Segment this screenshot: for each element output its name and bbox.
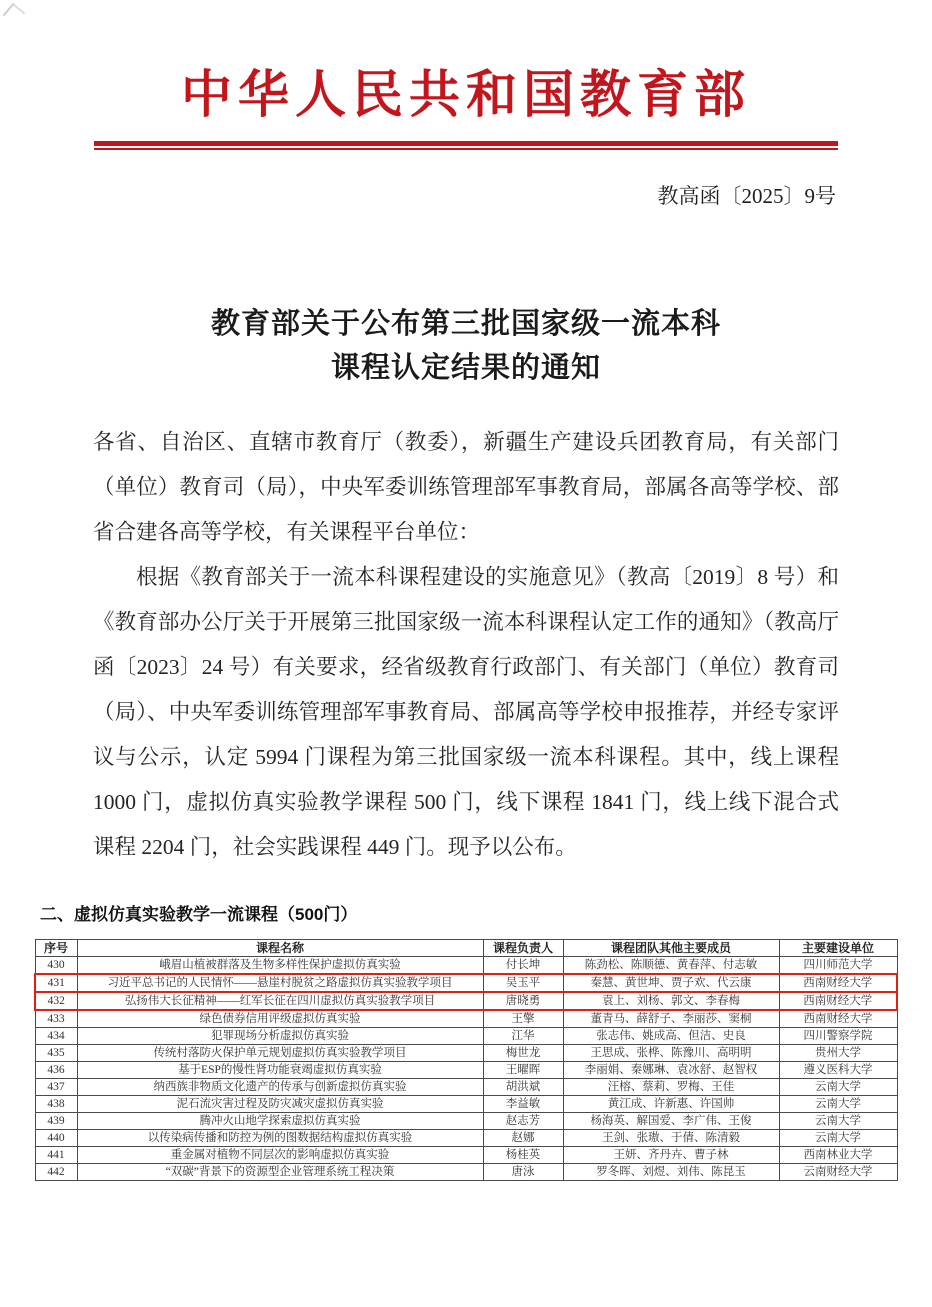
doc-number: 教高函〔2025〕9号 bbox=[0, 180, 932, 210]
table-row-438: 438泥石流灾害过程及防灾减灾虚拟仿真实验李益敏黄江成、许新惠、许国帅云南大学 bbox=[35, 1096, 897, 1113]
header-no: 序号 bbox=[35, 940, 77, 957]
course-leader: 唐晓勇 bbox=[483, 992, 563, 1010]
divider-thin-line bbox=[94, 148, 838, 150]
building-org: 云南大学 bbox=[779, 1113, 897, 1130]
course-name: 泥石流灾害过程及防灾减灾虚拟仿真实验 bbox=[77, 1096, 483, 1113]
header-leader: 课程负责人 bbox=[483, 940, 563, 957]
course-leader: 李益敏 bbox=[483, 1096, 563, 1113]
course-team: 汪榕、蔡莉、罗梅、王佳 bbox=[563, 1079, 779, 1096]
course-name: 传统村落防火保护单元规划虚拟仿真实验教学项目 bbox=[77, 1045, 483, 1062]
row-number: 438 bbox=[35, 1096, 77, 1113]
course-team: 王思成、张桦、陈豫川、高明明 bbox=[563, 1045, 779, 1062]
course-team: 李丽娟、秦娜琳、袁冰舒、赵智权 bbox=[563, 1062, 779, 1079]
course-leader: 付长坤 bbox=[483, 957, 563, 975]
row-number: 433 bbox=[35, 1010, 77, 1028]
course-team: 陈劲松、陈顺德、黄春萍、付志敏 bbox=[563, 957, 779, 975]
section-heading: 二、虚拟仿真实验教学一流课程（500门） bbox=[40, 900, 932, 925]
course-team: 王妍、齐丹卉、曹子林 bbox=[563, 1147, 779, 1164]
table-row-431: 431习近平总书记的人民情怀——悬崖村脱贫之路虚拟仿真实验教学项目吴玉平秦慧、黄… bbox=[35, 974, 897, 992]
course-leader: 江华 bbox=[483, 1028, 563, 1045]
org-title: 中华人民共和国教育部 bbox=[0, 66, 932, 127]
course-name: 峨眉山植被群落及生物多样性保护虚拟仿真实验 bbox=[77, 957, 483, 975]
course-team: 王剑、张璈、于倩、陈清毅 bbox=[563, 1130, 779, 1147]
course-leader: 杨桂英 bbox=[483, 1147, 563, 1164]
building-org: 云南财经大学 bbox=[779, 1164, 897, 1181]
header-org: 主要建设单位 bbox=[779, 940, 897, 957]
course-team: 袁上、刘杨、郭文、李春梅 bbox=[563, 992, 779, 1010]
row-number: 436 bbox=[35, 1062, 77, 1079]
course-name: 纳西族非物质文化遗产的传承与创新虚拟仿真实验 bbox=[77, 1079, 483, 1096]
building-org: 四川警察学院 bbox=[779, 1028, 897, 1045]
table-row-434: 434犯罪现场分析虚拟仿真实验江华张志伟、姚成高、但洁、史良四川警察学院 bbox=[35, 1028, 897, 1045]
row-number: 439 bbox=[35, 1113, 77, 1130]
header-divider bbox=[94, 141, 838, 150]
building-org: 遵义医科大学 bbox=[779, 1062, 897, 1079]
course-team: 秦慧、黄世坤、贾子欢、代云康 bbox=[563, 974, 779, 992]
course-team: 张志伟、姚成高、但洁、史良 bbox=[563, 1028, 779, 1045]
course-table: 序号 课程名称 课程负责人 课程团队其他主要成员 主要建设单位 430峨眉山植被… bbox=[34, 939, 898, 1181]
building-org: 西南财经大学 bbox=[779, 992, 897, 1010]
row-number: 441 bbox=[35, 1147, 77, 1164]
building-org: 云南大学 bbox=[779, 1130, 897, 1147]
building-org: 云南大学 bbox=[779, 1096, 897, 1113]
course-name: 基于ESP的慢性肾功能衰竭虚拟仿真实验 bbox=[77, 1062, 483, 1079]
paragraph-addressees: 各省、自治区、直辖市教育厅（教委），新疆生产建设兵团教育局，有关部门（单位）教育… bbox=[93, 420, 839, 555]
table-row-433: 433绿色债券信用评级虚拟仿真实验王擎董青马、薛舒子、李丽莎、窦桐西南财经大学 bbox=[35, 1010, 897, 1028]
course-name: “双碳”背景下的资源型企业管理系统工程决策 bbox=[77, 1164, 483, 1181]
course-table-body: 430峨眉山植被群落及生物多样性保护虚拟仿真实验付长坤陈劲松、陈顺德、黄春萍、付… bbox=[35, 957, 897, 1181]
course-leader: 赵志芳 bbox=[483, 1113, 563, 1130]
course-leader: 唐泳 bbox=[483, 1164, 563, 1181]
row-number: 435 bbox=[35, 1045, 77, 1062]
course-name: 犯罪现场分析虚拟仿真实验 bbox=[77, 1028, 483, 1045]
building-org: 西南林业大学 bbox=[779, 1147, 897, 1164]
course-team: 杨海英、解国爱、李广伟、王俊 bbox=[563, 1113, 779, 1130]
course-team: 董青马、薛舒子、李丽莎、窦桐 bbox=[563, 1010, 779, 1028]
course-team: 黄江成、许新惠、许国帅 bbox=[563, 1096, 779, 1113]
course-name: 弘扬伟大长征精神——红军长征在四川虚拟仿真实验教学项目 bbox=[77, 992, 483, 1010]
row-number: 437 bbox=[35, 1079, 77, 1096]
doc-title-line-2: 课程认定结果的通知 bbox=[0, 346, 932, 390]
course-name: 以传染病传播和防控为例的图数据结构虚拟仿真实验 bbox=[77, 1130, 483, 1147]
building-org: 四川师范大学 bbox=[779, 957, 897, 975]
paragraph-main: 根据《教育部关于一流本科课程建设的实施意见》（教高〔2019〕8 号）和《教育部… bbox=[93, 555, 839, 870]
header-course: 课程名称 bbox=[77, 940, 483, 957]
row-number: 430 bbox=[35, 957, 77, 975]
building-org: 贵州大学 bbox=[779, 1045, 897, 1062]
course-name: 绿色债券信用评级虚拟仿真实验 bbox=[77, 1010, 483, 1028]
course-name: 重金属对植物不同层次的影响虚拟仿真实验 bbox=[77, 1147, 483, 1164]
header-team: 课程团队其他主要成员 bbox=[563, 940, 779, 957]
course-leader: 胡洪斌 bbox=[483, 1079, 563, 1096]
table-row-436: 436基于ESP的慢性肾功能衰竭虚拟仿真实验王曜晖李丽娟、秦娜琳、袁冰舒、赵智权… bbox=[35, 1062, 897, 1079]
table-row-430: 430峨眉山植被群落及生物多样性保护虚拟仿真实验付长坤陈劲松、陈顺德、黄春萍、付… bbox=[35, 957, 897, 975]
divider-thick-line bbox=[94, 141, 838, 146]
course-leader: 吴玉平 bbox=[483, 974, 563, 992]
table-row-435: 435传统村落防火保护单元规划虚拟仿真实验教学项目梅世龙王思成、张桦、陈豫川、高… bbox=[35, 1045, 897, 1062]
table-row-442: 442“双碳”背景下的资源型企业管理系统工程决策唐泳罗冬晖、刘煜、刘伟、陈昆玉云… bbox=[35, 1164, 897, 1181]
table-row-440: 440以传染病传播和防控为例的图数据结构虚拟仿真实验赵娜王剑、张璈、于倩、陈清毅… bbox=[35, 1130, 897, 1147]
scan-artifact-icon bbox=[3, 3, 26, 26]
row-number: 440 bbox=[35, 1130, 77, 1147]
row-number: 432 bbox=[35, 992, 77, 1010]
building-org: 西南财经大学 bbox=[779, 974, 897, 992]
table-row-437: 437纳西族非物质文化遗产的传承与创新虚拟仿真实验胡洪斌汪榕、蔡莉、罗梅、王佳云… bbox=[35, 1079, 897, 1096]
table-row-432: 432弘扬伟大长征精神——红军长征在四川虚拟仿真实验教学项目唐晓勇袁上、刘杨、郭… bbox=[35, 992, 897, 1010]
course-team: 罗冬晖、刘煜、刘伟、陈昆玉 bbox=[563, 1164, 779, 1181]
course-name: 腾冲火山地学探索虚拟仿真实验 bbox=[77, 1113, 483, 1130]
course-leader: 王曜晖 bbox=[483, 1062, 563, 1079]
row-number: 434 bbox=[35, 1028, 77, 1045]
course-name: 习近平总书记的人民情怀——悬崖村脱贫之路虚拟仿真实验教学项目 bbox=[77, 974, 483, 992]
document-page: 中华人民共和国教育部 教高函〔2025〕9号 教育部关于公布第三批国家级一流本科… bbox=[0, 0, 932, 1307]
table-row-439: 439腾冲火山地学探索虚拟仿真实验赵志芳杨海英、解国爱、李广伟、王俊云南大学 bbox=[35, 1113, 897, 1130]
building-org: 云南大学 bbox=[779, 1079, 897, 1096]
doc-title: 教育部关于公布第三批国家级一流本科 课程认定结果的通知 bbox=[0, 302, 932, 390]
row-number: 431 bbox=[35, 974, 77, 992]
course-leader: 梅世龙 bbox=[483, 1045, 563, 1062]
body-text: 各省、自治区、直辖市教育厅（教委），新疆生产建设兵团教育局，有关部门（单位）教育… bbox=[93, 420, 839, 870]
course-leader: 赵娜 bbox=[483, 1130, 563, 1147]
row-number: 442 bbox=[35, 1164, 77, 1181]
doc-title-line-1: 教育部关于公布第三批国家级一流本科 bbox=[0, 302, 932, 346]
course-leader: 王擎 bbox=[483, 1010, 563, 1028]
table-header-row: 序号 课程名称 课程负责人 课程团队其他主要成员 主要建设单位 bbox=[35, 940, 897, 957]
building-org: 西南财经大学 bbox=[779, 1010, 897, 1028]
table-row-441: 441重金属对植物不同层次的影响虚拟仿真实验杨桂英王妍、齐丹卉、曹子林西南林业大… bbox=[35, 1147, 897, 1164]
